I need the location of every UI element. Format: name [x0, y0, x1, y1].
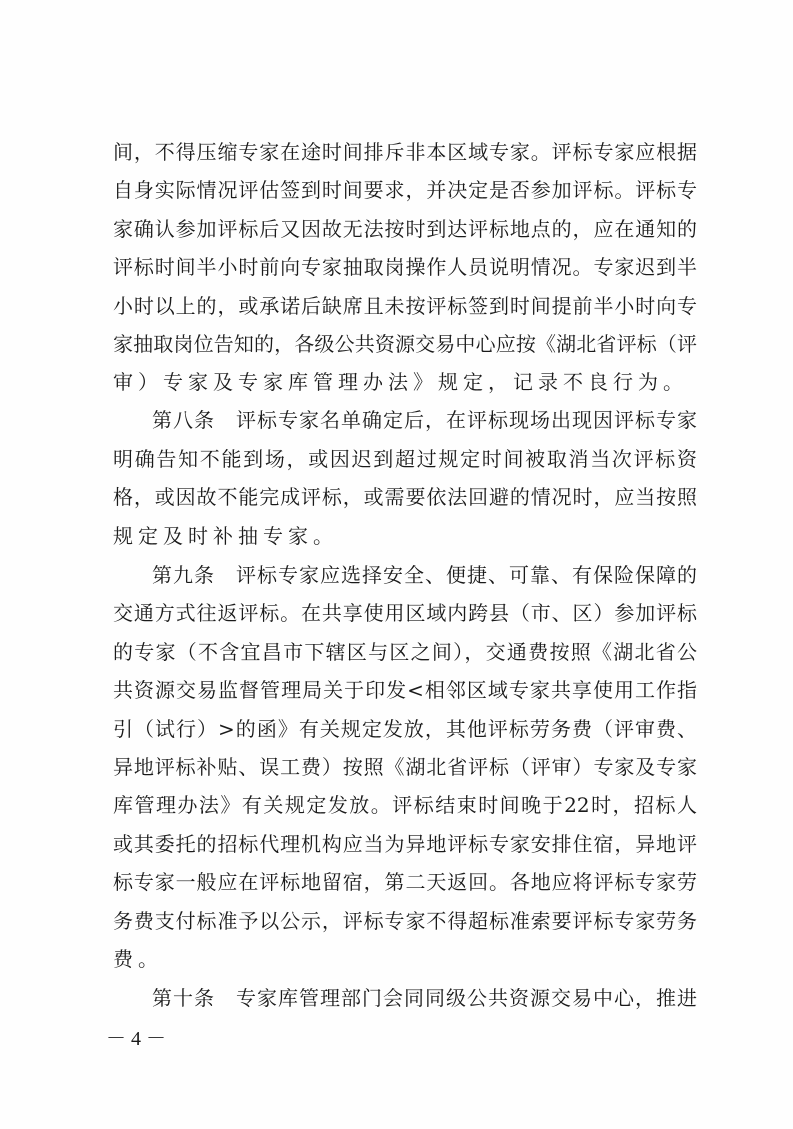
- text-line-1: 间，不得压缩专家在途时间排斥非本区域专家。评标专家应根据: [113, 137, 697, 167]
- text-line-17: 异地评标补贴、误工费）按照《湖北省评标（评审）专家及专家: [113, 752, 697, 782]
- article-10-heading-line: 第十条 专家库管理部门会同同级公共资源交易中心，推进: [152, 983, 697, 1013]
- text-line-14: 的专家（不含宜昌市下辖区与区之间），交通费按照《湖北省公: [113, 637, 697, 667]
- text-line-19: 或其委托的招标代理机构应当为异地评标专家安排住宿，异地评: [113, 829, 697, 859]
- text-line-2: 自身实际情况评估签到时间要求，并决定是否参加评标。评标专: [113, 175, 697, 205]
- text-line-5: 小时以上的，或承诺后缺席且未按评标签到时间提前半小时向专: [113, 291, 697, 321]
- text-line-16: 引（试行）>的函》有关规定发放，其他评标劳务费（评审费、: [113, 714, 697, 744]
- text-line-9: 明确告知不能到场，或因迟到超过规定时间被取消当次评标资: [113, 444, 697, 474]
- text-line-15: 共资源交易监督管理局关于印发<相邻区域专家共享使用工作指: [113, 675, 697, 705]
- text-line-21: 务费支付标准予以公示，评标专家不得超标准索要评标专家劳务: [113, 906, 697, 936]
- text-line-3: 家确认参加评标后又因故无法按时到达评标地点的，应在通知的: [113, 214, 697, 244]
- article-8-heading-line: 第八条 评标专家名单确定后，在评标现场出现因评标专家: [152, 405, 697, 435]
- text-line-20: 标专家一般应在评标地留宿，第二天返回。各地应将评标专家劳: [113, 867, 697, 897]
- text-line-6: 家抽取岗位告知的，各级公共资源交易中心应按《湖北省评标（评: [113, 329, 697, 359]
- text-line-13: 交通方式往返评标。在共享使用区域内跨县（市、区）参加评标: [113, 598, 697, 628]
- text-line-10: 格，或因故不能完成评标，或需要依法回避的情况时，应当按照: [113, 482, 697, 512]
- page-number: － 4 －: [106, 1024, 166, 1054]
- text-line-22: 费。: [113, 944, 697, 974]
- article-9-heading-line: 第九条 评标专家应选择安全、便捷、可靠、有保险保障的: [152, 560, 697, 590]
- text-line-18: 库管理办法》有关规定发放。评标结束时间晚于22时，招标人: [113, 790, 697, 820]
- text-line-11: 规定及时补抽专家。: [113, 521, 697, 551]
- document-page: 间，不得压缩专家在途时间排斥非本区域专家。评标专家应根据 自身实际情况评估签到时…: [0, 0, 793, 1129]
- text-line-7: 审）专家及专家库管理办法》规定，记录不良行为。: [113, 367, 697, 397]
- text-line-4: 评标时间半小时前向专家抽取岗操作人员说明情况。专家迟到半: [113, 252, 697, 282]
